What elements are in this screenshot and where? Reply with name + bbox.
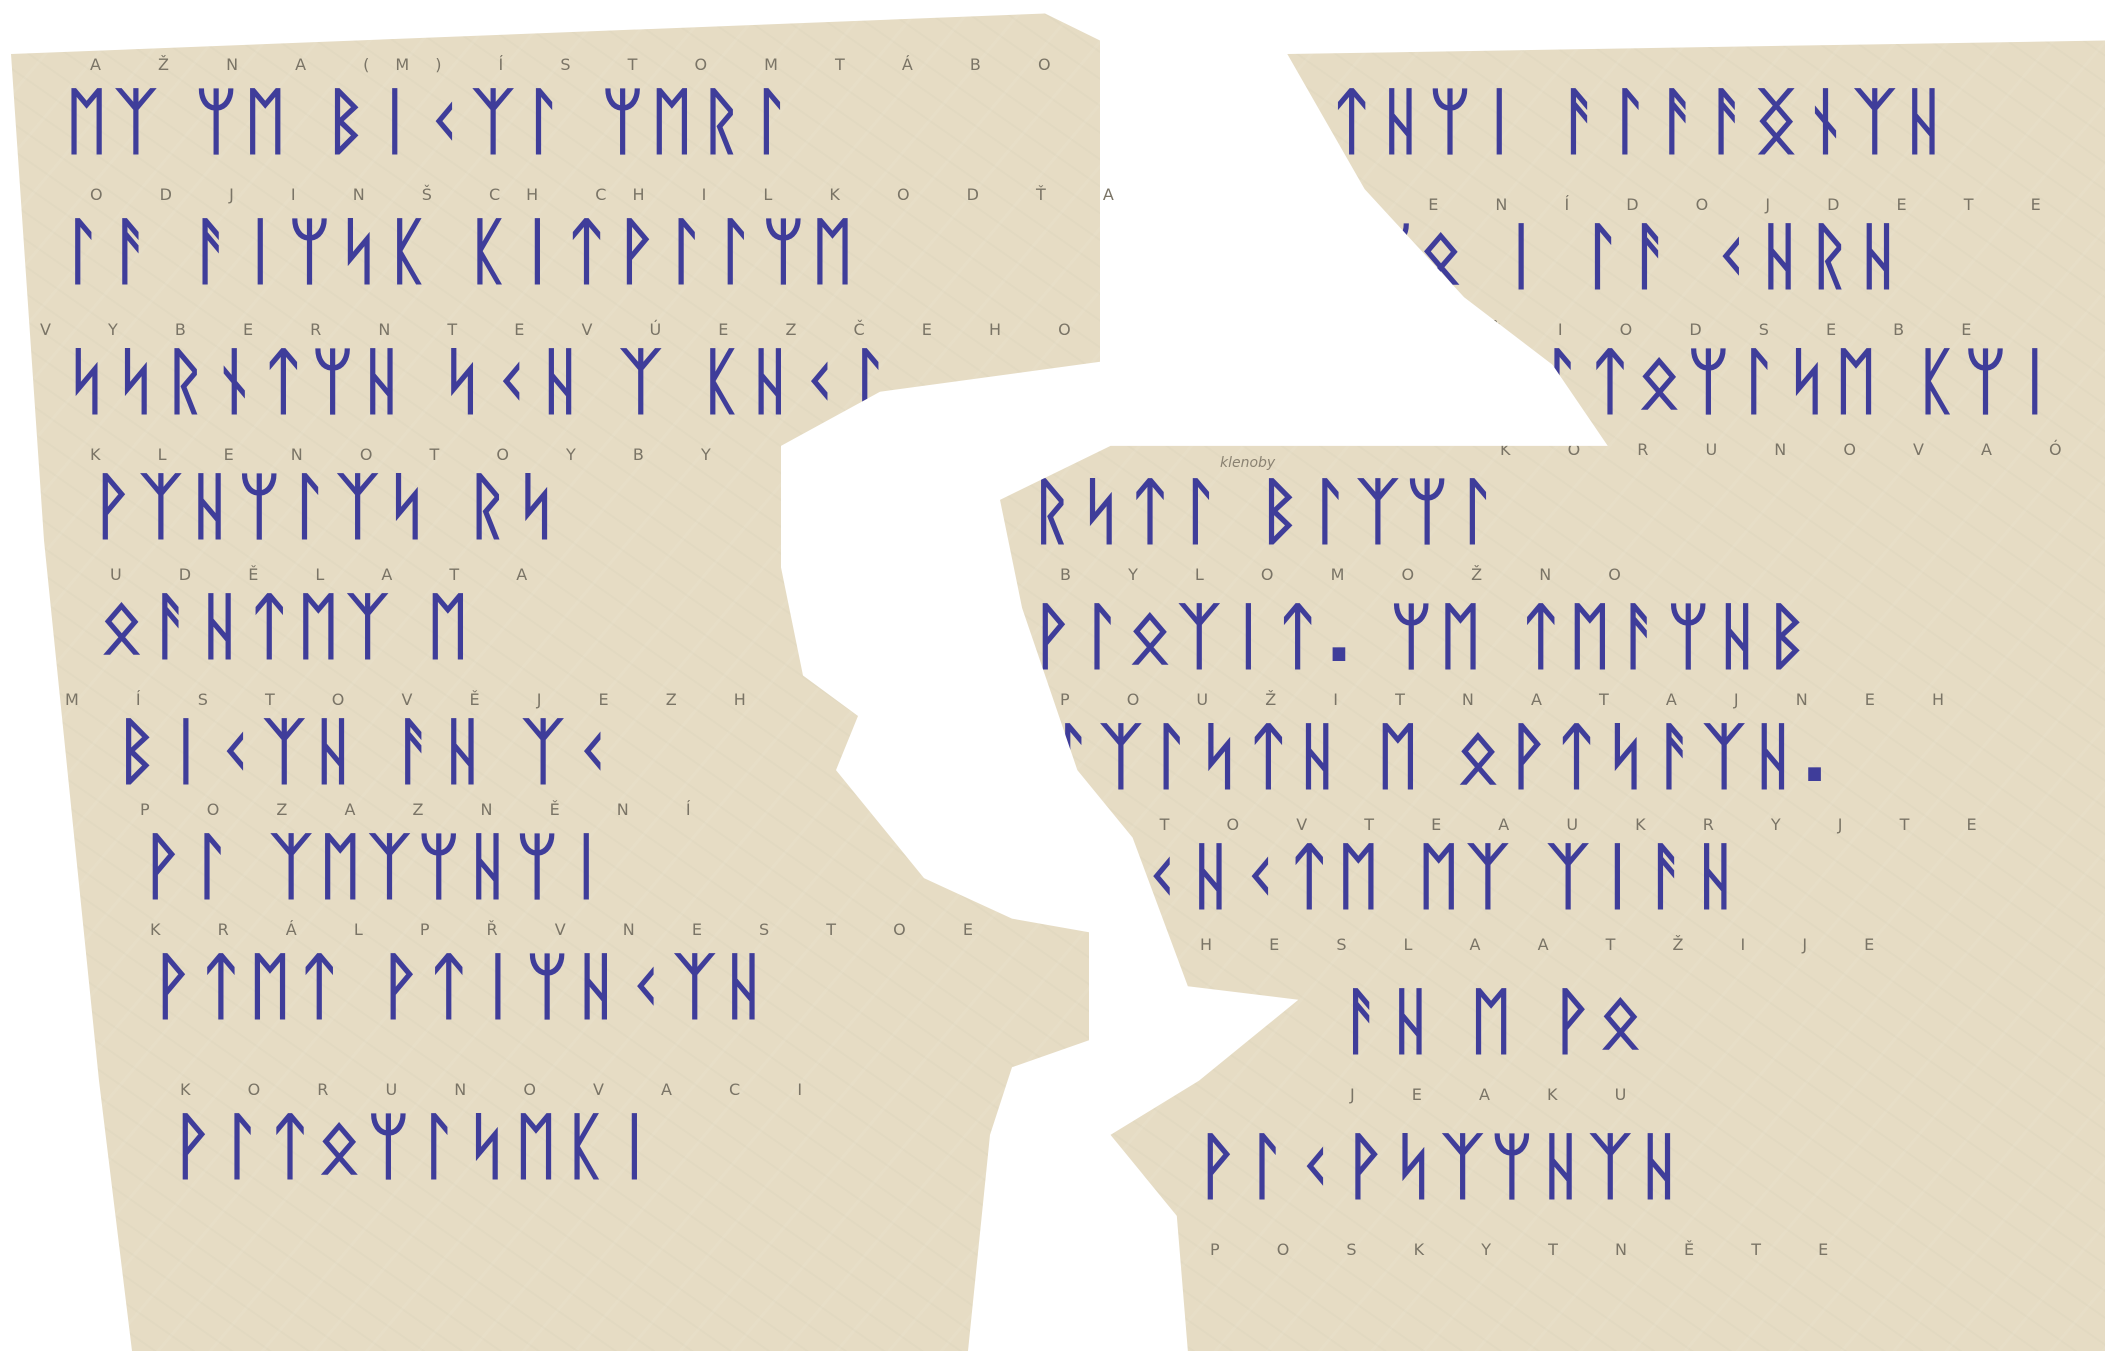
transliteration-line: U D Ě L A T A xyxy=(110,565,553,584)
rune-line: ᚹᛉᚺᛘᛚᛉᛋ ᚱᛋ xyxy=(90,470,564,542)
rune-line: ᛖᛉ ᛘᛖ ᛒᛁᚲᛉᛚ ᛘᛖᚱᛚ xyxy=(65,85,798,157)
transliteration-line: K R Á L P Ř V N E S T O E xyxy=(150,920,999,939)
transliteration-line: O D J I N Š CH CH I L K O D Ť A xyxy=(90,185,1140,204)
rune-line: ᛟᚨᚺᛏᛖᛉ ᛖ xyxy=(100,590,475,662)
rune-line: ᚹᛚᛟᛉᛁᛏ. ᛘᛖ ᛏᛖᚨᛘᚺᛒ xyxy=(1030,600,1814,672)
rune-line: ᛒᛁᚲᛉᚺ ᚨᚺ ᛉᚲ xyxy=(115,715,620,787)
right-paper-fragment: ᛏᚺᛘᛁ ᚨᛚᚨᚨᛝᚾᛉᚺ Ř E N Í D O J D E T E ᛘᛟ ᛁ… xyxy=(1000,0,2105,1351)
rune-line: ᚹᛚ ᛉᛖᛉᛘᚺᛘᛁ xyxy=(140,830,614,902)
rune-line: ᛚᚨ ᚨᛁᛘᛋᛕ ᛕᛁᛏᚹᛚᛚᛘᛖ xyxy=(60,215,860,287)
left-paper-fragment: A Ž N A (M) Í S T O M T Á B O ᛖᛉ ᛘᛖ ᛒᛁᚲᛉ… xyxy=(0,0,1100,1351)
transliteration-line: P O U Ž I T N A T A J N E H xyxy=(1060,690,1970,709)
rune-line: ᛏᚺᛘᛁ ᚨᛚᚨᚨᛝᚾᛉᚺ xyxy=(1330,85,1951,157)
transliteration-line: B Y L O M O Ž N O xyxy=(1060,565,1647,584)
transliteration-line: P O S K Y T N Ě T E xyxy=(1210,1240,1854,1259)
rune-line: ᚹᛚᛏᛟᛘᛚᛋᛖ ᛕᛘᛁ xyxy=(1490,345,2062,417)
rune-line: ᚹᛚᚲᚹᛋᛉᛘᚺᛉᚺ xyxy=(1195,1130,1687,1202)
transliteration-line: J E A K U xyxy=(1350,1085,1652,1104)
rune-line: ᛚᛉᛚᛋᛏᚺ ᛖ ᛟᚹᛏᛋᚨᛉᚺ. xyxy=(1050,720,1834,792)
rune-line: ᚹᛚᛏᛟᛘᛚᛋᛖᛕᛁ xyxy=(170,1110,662,1182)
rune-line: ᚨᚺ ᛖ ᚹᛟ xyxy=(1340,985,1648,1057)
rune-line: ᛋᛋᚱᚾᛏᛘᚺ ᛋᚲᚺ ᛉ ᛕᚺᚲᛚ xyxy=(65,345,896,417)
transliteration-line: P O Z A Z N Ě N Í xyxy=(140,800,717,819)
transliteration-line: M Í S T O V Ě J E Z H xyxy=(65,690,772,709)
transliteration-line: A Ž N A (M) Í S T O M T Á B O xyxy=(90,55,1077,74)
transliteration-line: K O R U N O V A Ó Z N Í xyxy=(1500,440,2105,459)
rune-line: ᛘᛟ ᛁ ᛚᚨ ᚲᚺᚱᚺ xyxy=(1370,220,1906,292)
rune-line: ᚱᛋᛏᛚ ᛒᛚᛉᛘᛚ xyxy=(1030,475,1504,547)
transliteration-line: V Y B E R N T E V Ú E Z Č E H O xyxy=(40,320,1097,339)
transliteration-line: N Ů I O D S E B E xyxy=(1420,320,1997,339)
transliteration-line: K O R U N O V A C I xyxy=(180,1080,828,1099)
rune-line: ᚲᚺᚲᛏᛖ ᛖᛉ ᛉᛁᚨᚺ xyxy=(1140,840,1743,912)
rune-line: ᚹᛏᛖᛏ ᚹᛏᛁᛘᚺᚲᛉᚺ xyxy=(150,950,771,1022)
transliteration-line: H E S L A A T Ž I J E xyxy=(1200,935,1900,954)
transliteration-line: K L E N O T O Y B Y xyxy=(90,445,737,464)
transliteration-line: O T O V T E A U K R Y J T E xyxy=(1090,815,2003,834)
transliteration-line: Ř E N Í D O J D E T E xyxy=(1360,195,2067,214)
